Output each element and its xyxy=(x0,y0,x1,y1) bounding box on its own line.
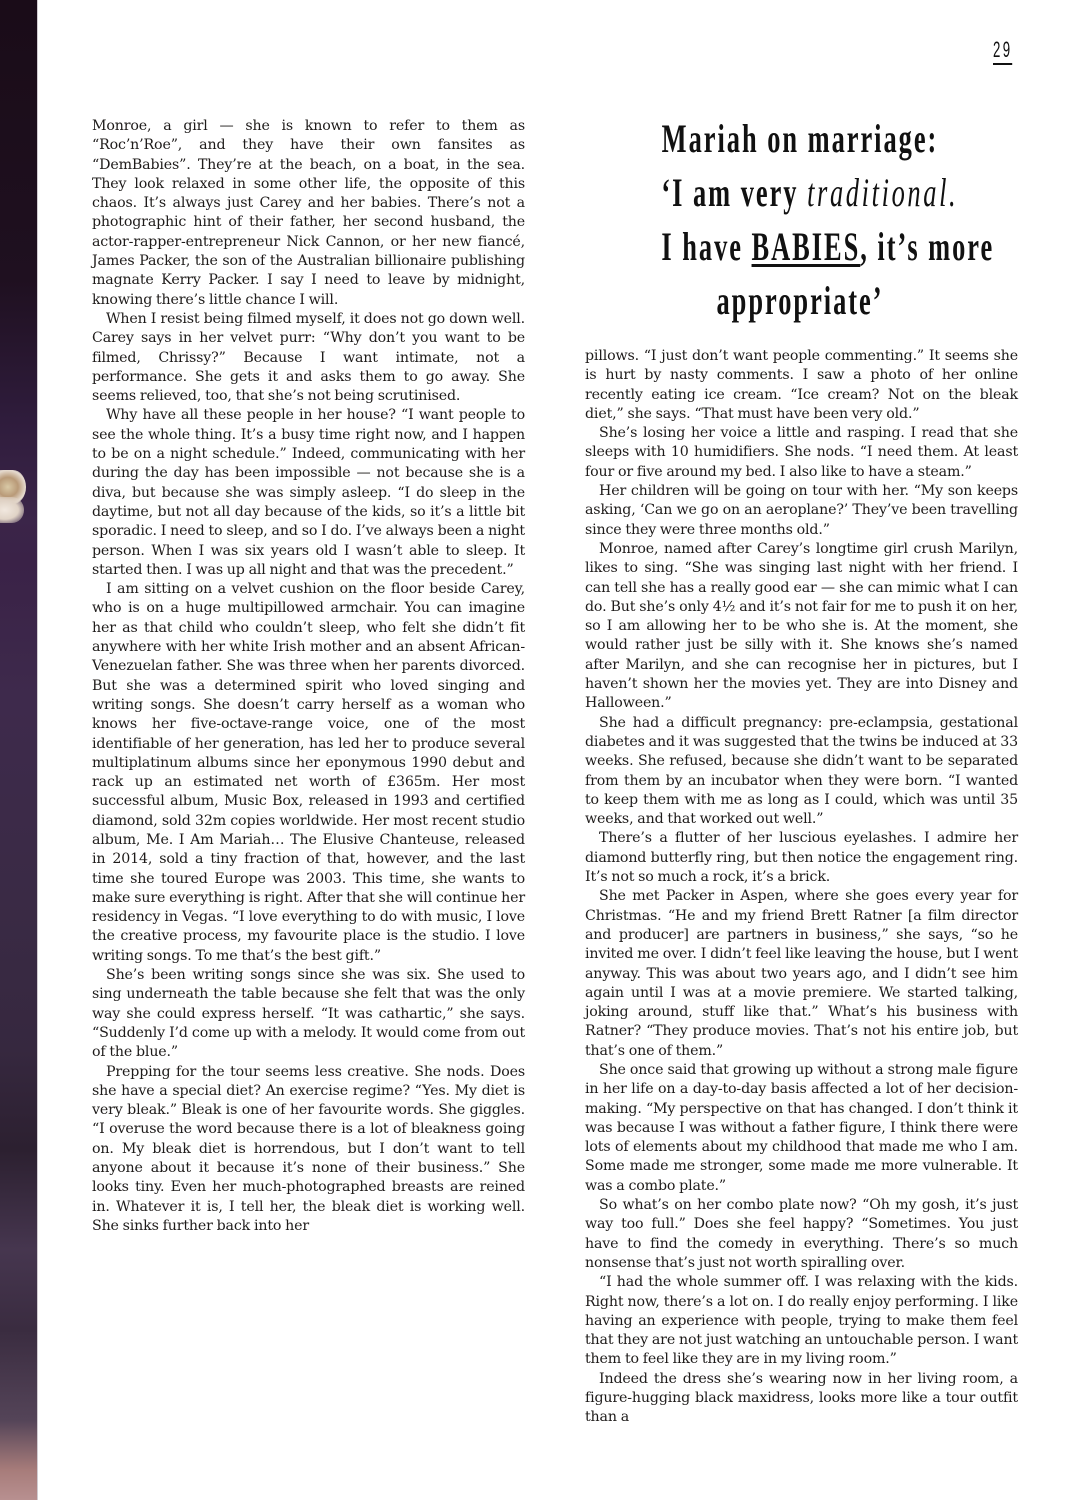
paragraph: When I resist being filmed myself, it do… xyxy=(92,310,525,406)
photo-edge-divider xyxy=(37,0,38,1500)
pull-quote-text: I have xyxy=(661,224,751,269)
paragraph: There’s a flutter of her luscious eyelas… xyxy=(585,829,1018,887)
paragraph: She’s losing her voice a little and rasp… xyxy=(585,424,1018,482)
pull-quote-line-2: ‘I am very traditional. xyxy=(661,166,938,220)
pull-quote-text: , it’s more xyxy=(860,224,994,269)
paragraph: Prepping for the tour seems less creativ… xyxy=(92,1063,525,1237)
paragraph: pillows. “I just don’t want people comme… xyxy=(585,347,1018,424)
pull-quote: Mariah on marriage: ‘I am very tradition… xyxy=(590,112,1010,328)
paragraph: She had a difficult pregnancy: pre-eclam… xyxy=(585,714,1018,830)
paragraph: Indeed the dress she’s wearing now in he… xyxy=(585,1370,1018,1428)
cover-photo-edge xyxy=(0,0,37,1500)
paragraph: Monroe, a girl — she is known to refer t… xyxy=(92,117,525,310)
paragraph: So what’s on her combo plate now? “Oh my… xyxy=(585,1196,1018,1273)
paragraph: Why have all these people in her house? … xyxy=(92,406,525,580)
page-number: 29 xyxy=(993,38,1012,65)
pull-quote-italic-word: traditional. xyxy=(807,170,958,215)
pull-quote-line-1: Mariah on marriage: xyxy=(661,112,938,166)
article-column-left: Monroe, a girl — she is known to refer t… xyxy=(92,117,525,1236)
paragraph: She once said that growing up without a … xyxy=(585,1061,1018,1196)
paragraph: Monroe, named after Carey’s longtime gir… xyxy=(585,540,1018,714)
pull-quote-line-4: appropriate’ xyxy=(661,274,938,328)
paragraph: She met Packer in Aspen, where she goes … xyxy=(585,887,1018,1061)
photo-fur-detail xyxy=(0,497,24,523)
paragraph: I am sitting on a velvet cushion on the … xyxy=(92,580,525,966)
pull-quote-line-3: I have BABIES, it’s more xyxy=(661,220,938,274)
paragraph: Her children will be going on tour with … xyxy=(585,482,1018,540)
paragraph: She’s been writing songs since she was s… xyxy=(92,966,525,1062)
pull-quote-underlined-word: BABIES xyxy=(752,224,861,269)
pull-quote-text: ‘I am very xyxy=(661,170,807,215)
article-column-right: pillows. “I just don’t want people comme… xyxy=(585,347,1018,1428)
paragraph: “I had the whole summer off. I was relax… xyxy=(585,1273,1018,1369)
